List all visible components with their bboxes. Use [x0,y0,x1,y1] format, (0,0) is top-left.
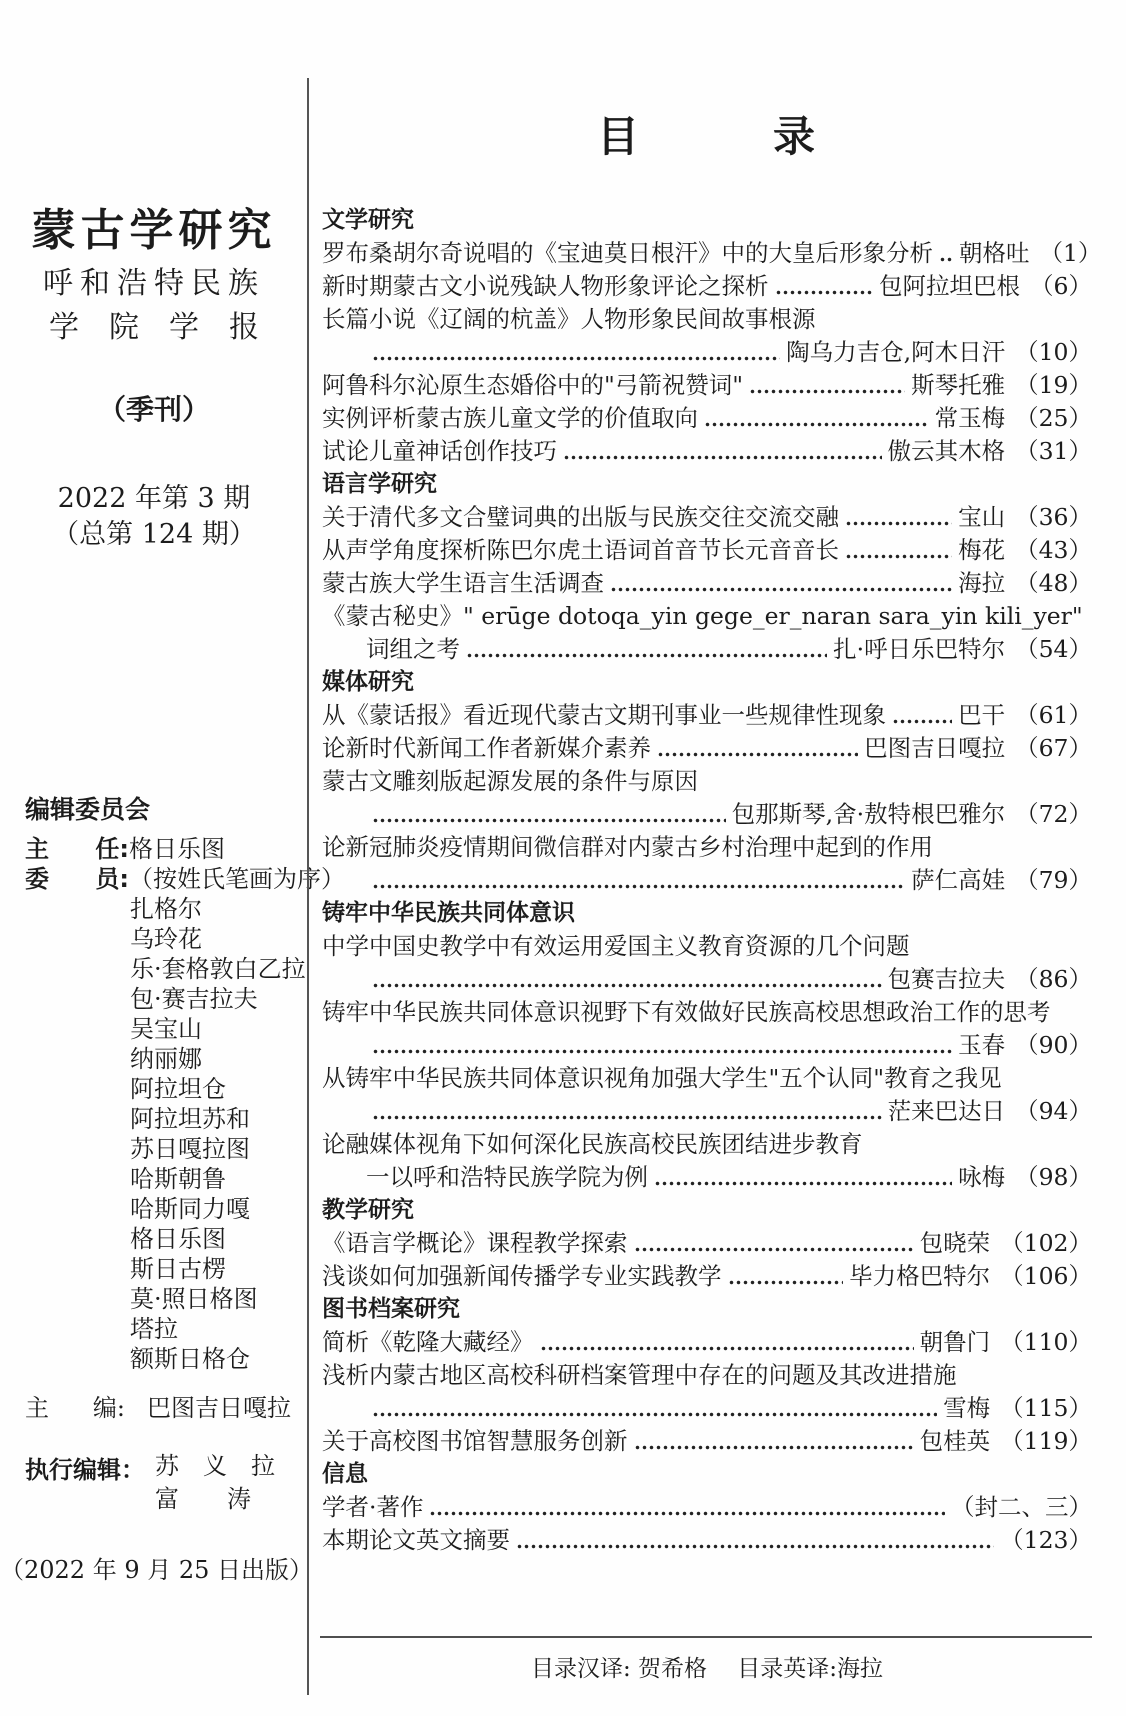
toc-item-row: 蒙古族大学生语言生活调查海拉（48） [322,567,1092,600]
toc-section-heading: 铸牢中华民族共同体意识 [322,897,1092,930]
dot-leader [372,864,905,897]
toc-item-author: 傲云其木格 [888,435,1006,468]
toc-item-author: 包赛吉拉夫 [888,963,1006,996]
toc-item-title: 浅析内蒙古地区高校科研档案管理中存在的问题及其改进措施 [322,1359,957,1392]
dot-leader [634,1425,914,1458]
toc-item-continuation: 萨仁高娃（79） [322,864,1092,897]
toc-item-author: 巴干 [958,699,1005,732]
toc-item-row: 蒙古文雕刻版起源发展的条件与原因 [322,765,1092,798]
dot-leader [563,435,882,468]
toc-item-page: （19） [1015,369,1092,402]
toc-item-title: 论新冠肺炎疫情期间微信群对内蒙古乡村治理中起到的作用 [322,831,933,864]
toc-item-author: 宝山 [958,501,1005,534]
toc-item-row: 长篇小说《辽阔的杭盖》人物形象民间故事根源 [322,303,1092,336]
toc-item-author: 包晓荣 [920,1227,991,1260]
toc-item-title: 《蒙古秘史》" erūge dotoqa_yin gege_er_naran s… [322,600,1083,633]
dot-leader [372,1095,882,1128]
quarterly-label: （季刊） [0,388,308,428]
toc-item-row: 论新时代新闻工作者新媒介素养巴图吉日嘎拉（67） [322,732,1092,765]
chief-editor-label: 主编: [25,1388,125,1423]
toc-item-page: （86） [1015,963,1092,996]
toc-item-page: （36） [1015,501,1092,534]
dot-leader [845,534,952,567]
toc-item-page: （119） [1000,1425,1092,1458]
toc-item-title: 论融媒体视角下如何深化民族高校民族团结进步教育 [322,1128,863,1161]
toc-item-title: 中学中国史教学中有效运用爱国主义教育资源的几个问题 [322,930,910,963]
dot-leader [775,270,874,303]
toc-item-continuation: 陶乌力吉仓,阿木日汗（10） [322,336,1092,369]
toc-item-title: 新时期蒙古文小说残缺人物形象评论之探析 [322,270,769,303]
chief-editor-row: 主编:巴图吉日嘎拉 [25,1388,291,1423]
toc-item-title: 论新时代新闻工作者新媒介素养 [322,732,651,765]
toc-item-page: （1） [1040,237,1102,270]
dot-leader [372,1029,952,1062]
toc-item-row: 本期论文英文摘要（123） [322,1524,1092,1557]
toc-item-page: （6） [1030,270,1092,303]
member-name: 包·赛吉拉夫 [130,984,325,1014]
toc-item-page: （123） [1000,1524,1092,1557]
toc-item-author: 咏梅 [958,1161,1005,1194]
toc-item-author: 包桂英 [920,1425,991,1458]
toc-item-author: 巴图吉日嘎拉 [864,732,1005,765]
toc-item-continuation: 词组之考扎·呼日乐巴特尔（54） [322,633,1092,666]
toc-item-author: 包那斯琴,舍·敖特根巴雅尔 [732,798,1005,831]
toc-item-title: 蒙古族大学生语言生活调查 [322,567,604,600]
toc-item-title: 长篇小说《辽阔的杭盖》人物形象民间故事根源 [322,303,816,336]
toc-item-title: 蒙古文雕刻版起源发展的条件与原因 [322,765,698,798]
dot-leader [372,798,726,831]
toc-item-page: （31） [1015,435,1092,468]
dot-leader [372,1392,937,1425]
member-name: 斯日古楞 [130,1254,325,1284]
toc-item-author: 萨仁高娃 [911,864,1005,897]
toc-item-author: 扎·呼日乐巴特尔 [833,633,1005,666]
toc-item-author: 包阿拉坦巴根 [879,270,1020,303]
members-note: （按姓氏笔画为序） [129,865,345,893]
toc-item-row: 学者·著作（封二、三） [322,1491,1092,1524]
toc-item-continuation: 雪梅（115） [322,1392,1092,1425]
members-label-part1: 委 [25,864,49,894]
editorial-board: 编辑委员会 主任:格日乐图 委员:（按姓氏笔画为序） 扎格尔 乌玲花 乐·套格敦… [25,790,325,1374]
toc-item-author: 雪梅 [943,1392,990,1425]
dot-leader [657,732,858,765]
toc-item-title: 实例评析蒙古族儿童文学的价值取向 [322,402,698,435]
toc-item-continuation: 茫来巴达日（94） [322,1095,1092,1128]
toc-item-row: 《语言学概论》课程教学探索包晓荣（102） [322,1227,1092,1260]
toc-item-title: 试论儿童神话创作技巧 [322,435,557,468]
dot-leader [939,237,953,270]
toc-item-row: 从铸牢中华民族共同体意识视角加强大学生"五个认同"教育之我见 [322,1062,1092,1095]
member-name: 莫·照日格图 [130,1284,325,1314]
member-name: 阿拉坦仓 [130,1074,325,1104]
toc-item-author: 陶乌力吉仓,阿木日汗 [786,336,1005,369]
toc-item-row: 关于清代多文合璧词典的出版与民族交往交流交融宝山（36） [322,501,1092,534]
executive-editor-name: 苏 义 拉 [155,1450,275,1483]
toc-item-title: 从声学角度探析陈巴尔虎土语词首音节长元音音长 [322,534,839,567]
editorial-board-heading: 编辑委员会 [25,790,325,826]
journal-title: 蒙古学研究 [0,194,308,258]
member-name: 额斯日格仓 [130,1344,325,1374]
issue-number: 2022 年第 3 期 [0,476,308,515]
toc-list: 文学研究 罗布桑胡尔奇说唱的《宝迪莫日根汗》中的大皇后形象分析朝格吐（1） 新时… [322,204,1092,1557]
toc-item-subtitle: 词组之考 [366,633,460,666]
issue-total-number: （总第 124 期） [0,512,308,551]
member-name: 吴宝山 [130,1014,325,1044]
toc-item-page: （110） [1000,1326,1092,1359]
toc-item-author: 玉春 [958,1029,1005,1062]
toc-item-row: 铸牢中华民族共同体意识视野下有效做好民族高校思想政治工作的思考 [322,996,1092,1029]
toc-item-title: 学者·著作 [322,1491,423,1524]
toc-item-continuation: 包赛吉拉夫（86） [322,963,1092,996]
toc-item-page: （61） [1015,699,1092,732]
toc-item-title: 本期论文英文摘要 [322,1524,510,1557]
journal-subtitle-line2: 学 院 学 报 [0,302,308,346]
toc-item-author: 常玉梅 [935,402,1006,435]
toc-item-row: 阿鲁科尔沁原生态婚俗中的"弓箭祝赞词"斯琴托雅（19） [322,369,1092,402]
toc-item-author: 斯琴托雅 [911,369,1005,402]
dot-leader [372,963,882,996]
toc-item-author: 朝格吐 [959,237,1030,270]
toc-item-title: 从铸牢中华民族共同体意识视角加强大学生"五个认同"教育之我见 [322,1062,1002,1095]
member-name: 格日乐图 [130,1224,325,1254]
toc-item-page: （94） [1015,1095,1092,1128]
toc-item-author: 毕力格巴特尔 [849,1260,990,1293]
member-name: 扎格尔 [130,894,325,924]
executive-editor-name: 富 涛 [155,1483,275,1516]
member-name: 乌玲花 [130,924,325,954]
toc-item-page: （48） [1015,567,1092,600]
dot-leader [892,699,952,732]
toc-item-page: （25） [1015,402,1092,435]
toc-item-row: 从《蒙话报》看近现代蒙古文期刊事业一些规律性现象巴干（61） [322,699,1092,732]
member-name: 哈斯同力嘎 [130,1194,325,1224]
toc-item-author: 梅花 [958,534,1005,567]
director-row: 主任:格日乐图 [25,834,325,864]
members-row: 委员:（按姓氏笔画为序） [25,864,325,894]
executive-editor-row: 执行编辑： 苏 义 拉 富 涛 [25,1450,275,1516]
toc-item-title: 从《蒙话报》看近现代蒙古文期刊事业一些规律性现象 [322,699,886,732]
member-name: 纳丽娜 [130,1044,325,1074]
toc-heading: 目 录 [322,104,1092,164]
dot-leader [516,1524,994,1557]
director-label-part2: 任: [95,834,129,864]
dot-leader [749,369,905,402]
executive-editor-label: 执行编辑： [25,1450,145,1516]
chief-editor-name: 巴图吉日嘎拉 [147,1394,291,1422]
toc-section-heading: 文学研究 [322,204,1092,237]
toc-item-continuation: 玉春（90） [322,1029,1092,1062]
dot-leader [429,1491,945,1524]
column-divider [307,78,309,1695]
toc-item-row: 《蒙古秘史》" erūge dotoqa_yin gege_er_naran s… [322,600,1092,633]
members-label-part2: 员: [95,864,129,894]
toc-item-page: （106） [1000,1260,1092,1293]
director-label-part1: 主 [25,834,49,864]
dot-leader [372,336,780,369]
toc-item-title: 关于清代多文合璧词典的出版与民族交往交流交融 [322,501,839,534]
toc-item-page: （43） [1015,534,1092,567]
toc-item-author: 朝鲁门 [920,1326,991,1359]
toc-item-row: 实例评析蒙古族儿童文学的价值取向常玉梅（25） [322,402,1092,435]
dot-leader [845,501,952,534]
toc-item-row: 从声学角度探析陈巴尔虎土语词首音节长元音音长梅花（43） [322,534,1092,567]
toc-item-author: 海拉 [958,567,1005,600]
toc-item-row: 浅析内蒙古地区高校科研档案管理中存在的问题及其改进措施 [322,1359,1092,1392]
journal-subtitle-line1: 呼和浩特民族 [0,258,308,302]
toc-item-page: （90） [1015,1029,1092,1062]
toc-section-heading: 图书档案研究 [322,1293,1092,1326]
member-name: 苏日嘎拉图 [130,1134,325,1164]
member-name: 阿拉坦苏和 [130,1104,325,1134]
toc-item-title: 关于高校图书馆智慧服务创新 [322,1425,628,1458]
toc-item-page: （79） [1015,864,1092,897]
members-label: 委员: [25,864,129,894]
toc-item-page: （54） [1015,633,1092,666]
toc-item-subtitle: 一以呼和浩特民族学院为例 [366,1161,648,1194]
toc-item-title: 阿鲁科尔沁原生态婚俗中的"弓箭祝赞词" [322,369,743,402]
dot-leader [654,1161,952,1194]
toc-item-page: （98） [1015,1161,1092,1194]
toc-section-heading: 教学研究 [322,1194,1092,1227]
chief-editor-label-part2: 编: [93,1388,125,1423]
dot-leader [704,402,929,435]
toc-item-row: 新时期蒙古文小说残缺人物形象评论之探析包阿拉坦巴根（6） [322,270,1092,303]
dot-leader [466,633,827,666]
publish-date: （2022 年 9 月 25 日出版） [0,1550,308,1585]
dot-leader [610,567,952,600]
toc-item-row: 试论儿童神话创作技巧傲云其木格（31） [322,435,1092,468]
toc-item-title: 简析《乾隆大藏经》 [322,1326,534,1359]
toc-item-continuation: 包那斯琴,舍·敖特根巴雅尔（72） [322,798,1092,831]
toc-item-page: （72） [1015,798,1092,831]
toc-item-page: （102） [1000,1227,1092,1260]
toc-item-title: 罗布桑胡尔奇说唱的《宝迪莫日根汗》中的大皇后形象分析 [322,237,933,270]
footer-divider [320,1636,1092,1638]
toc-item-title: 浅谈如何加强新闻传播学专业实践教学 [322,1260,722,1293]
dot-leader [728,1260,844,1293]
toc-section-heading: 信息 [322,1458,1092,1491]
toc-section-heading: 媒体研究 [322,666,1092,699]
chief-editor-label-part1: 主 [25,1388,49,1423]
toc-item-row: 罗布桑胡尔奇说唱的《宝迪莫日根汗》中的大皇后形象分析朝格吐（1） [322,237,1092,270]
member-name: 哈斯朝鲁 [130,1164,325,1194]
dot-leader [540,1326,914,1359]
toc-item-row: 关于高校图书馆智慧服务创新包桂英（119） [322,1425,1092,1458]
footer-credits: 目录汉译: 贺希格 目录英译:海拉 [322,1650,1092,1683]
dot-leader [634,1227,914,1260]
members-list: 扎格尔 乌玲花 乐·套格敦白乙拉 包·赛吉拉夫 吴宝山 纳丽娜 阿拉坦仓 阿拉坦… [130,894,325,1374]
toc-section-heading: 语言学研究 [322,468,1092,501]
toc-item-title: 铸牢中华民族共同体意识视野下有效做好民族高校思想政治工作的思考 [322,996,1051,1029]
toc-item-page: （封二、三） [951,1491,1092,1524]
toc-item-row: 中学中国史教学中有效运用爱国主义教育资源的几个问题 [322,930,1092,963]
member-name: 塔拉 [130,1314,325,1344]
toc-item-page: （115） [1000,1392,1092,1425]
toc-item-continuation: 一以呼和浩特民族学院为例咏梅（98） [322,1161,1092,1194]
toc-item-row: 论融媒体视角下如何深化民族高校民族团结进步教育 [322,1128,1092,1161]
director-label: 主任: [25,834,129,864]
toc-item-author: 茫来巴达日 [888,1095,1006,1128]
member-name: 乐·套格敦白乙拉 [130,954,325,984]
executive-editor-names: 苏 义 拉 富 涛 [155,1450,275,1516]
toc-item-page: （10） [1015,336,1092,369]
toc-item-page: （67） [1015,732,1092,765]
toc-item-title: 《语言学概论》课程教学探索 [322,1227,628,1260]
director-name: 格日乐图 [129,835,225,863]
toc-item-row: 简析《乾隆大藏经》朝鲁门（110） [322,1326,1092,1359]
toc-item-row: 论新冠肺炎疫情期间微信群对内蒙古乡村治理中起到的作用 [322,831,1092,864]
toc-item-row: 浅谈如何加强新闻传播学专业实践教学毕力格巴特尔（106） [322,1260,1092,1293]
